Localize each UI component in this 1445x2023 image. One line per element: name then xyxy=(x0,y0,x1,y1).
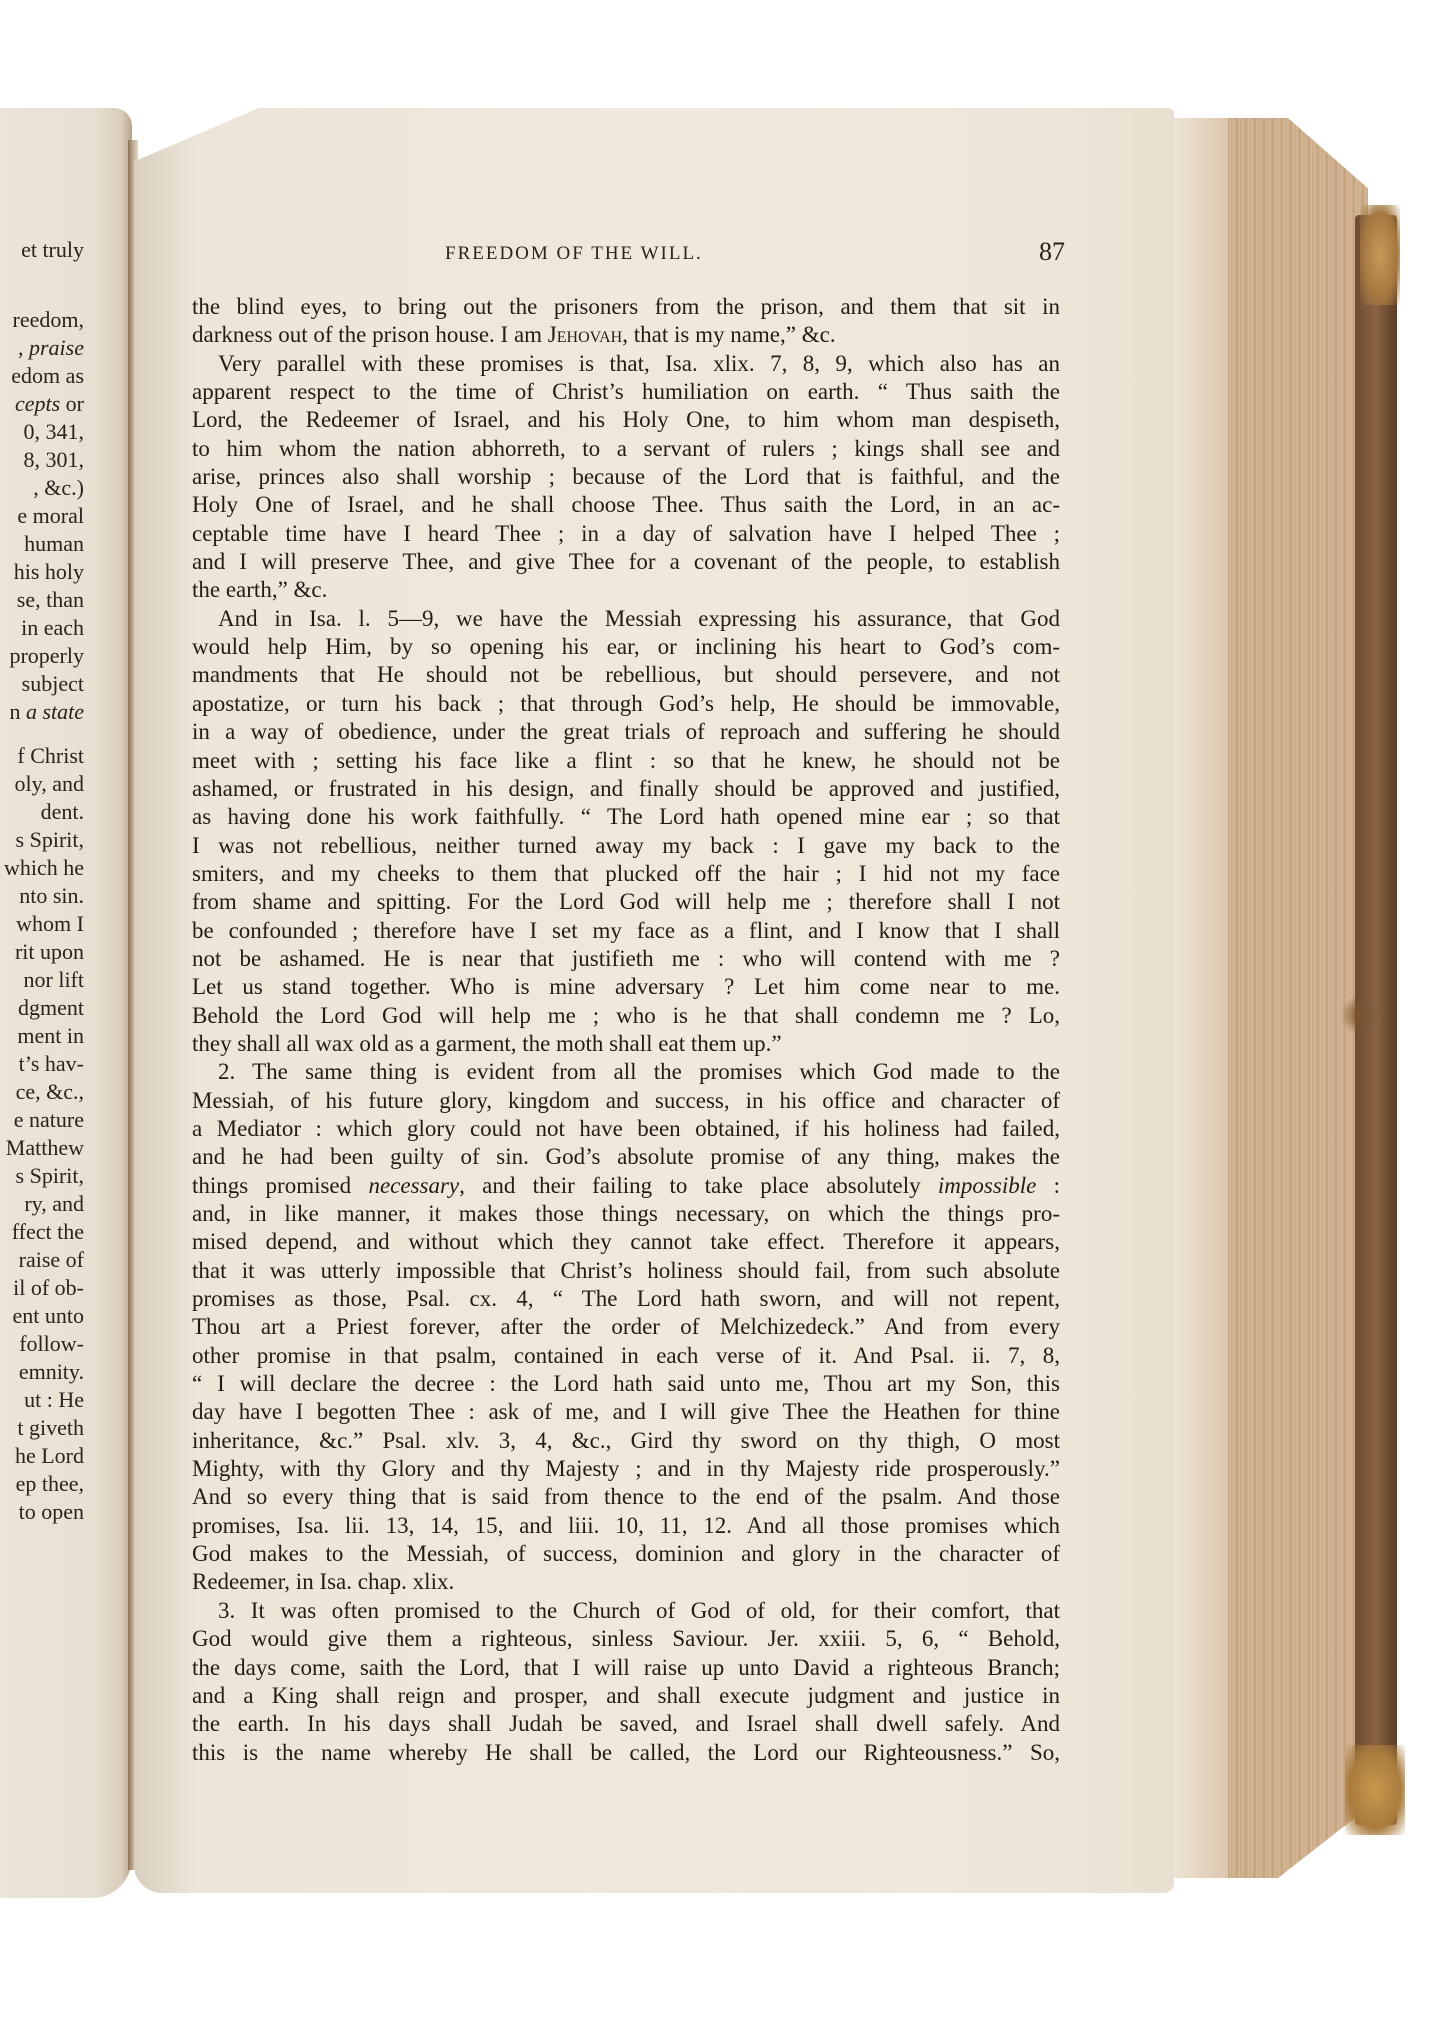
text-line: darkness out of the prison house. I am J… xyxy=(192,321,1060,349)
text-line: and he had been guilty of sin. God’s abs… xyxy=(192,1143,1060,1171)
text-line: Behold the Lord God will help me ; who i… xyxy=(192,1002,1060,1030)
text-line: Thou art a Priest forever, after the ord… xyxy=(192,1313,1060,1341)
text-line: the earth,” &c. xyxy=(192,576,1060,604)
cover-wear-bottom xyxy=(1345,1745,1405,1835)
left-page-fragment: 8, 301, xyxy=(24,446,85,475)
left-page-fragment: oly, and xyxy=(15,770,84,799)
left-page-fragment: dent. xyxy=(41,798,84,827)
running-head-title: FREEDOM OF THE WILL. xyxy=(445,243,703,265)
page-number: 87 xyxy=(1039,237,1065,267)
left-page-fragment: reedom, xyxy=(13,306,84,335)
left-page-fragment: ffect the xyxy=(12,1218,84,1247)
left-page-fragment: edom as xyxy=(11,362,84,391)
left-page-fragment: properly xyxy=(9,642,84,671)
text-line: and a King shall reign and prosper, and … xyxy=(192,1682,1060,1710)
left-page-fragment: subject xyxy=(22,670,84,699)
left-page-fragment: he Lord xyxy=(15,1442,84,1471)
text-line: mised depend, and without which they can… xyxy=(192,1228,1060,1256)
text-line: this is the name whereby He shall be cal… xyxy=(192,1739,1060,1767)
text-line: Holy One of Israel, and he shall choose … xyxy=(192,491,1060,519)
text-line: apparent respect to the time of Christ’s… xyxy=(192,378,1060,406)
text-line: day have I begotten Thee : ask of me, an… xyxy=(192,1398,1060,1426)
left-page-fragment: ment in xyxy=(17,1022,84,1051)
text-line: Messiah, of his future glory, kingdom an… xyxy=(192,1087,1060,1115)
text-line: Let us stand together. Who is mine adver… xyxy=(192,973,1060,1001)
left-page-fragment: nto sin. xyxy=(19,882,84,911)
text-line: “ I will declare the decree : the Lord h… xyxy=(192,1370,1060,1398)
left-page-fragment: emnity. xyxy=(19,1358,84,1387)
left-page-fragment: , &c.) xyxy=(33,474,84,503)
text-line: be confounded ; therefore have I set my … xyxy=(192,917,1060,945)
left-page-fragment: e nature xyxy=(14,1106,84,1135)
left-page-fragment: dgment xyxy=(18,994,84,1023)
text-line: I was not rebellious, neither turned awa… xyxy=(192,832,1060,860)
cover-wear-top xyxy=(1360,205,1400,305)
text-line: not be ashamed. He is near that justifie… xyxy=(192,945,1060,973)
left-page-fragment: ut : He xyxy=(24,1386,84,1415)
text-line: And in Isa. l. 5—9, we have the Messiah … xyxy=(192,605,1060,633)
left-page-fragment: in each xyxy=(21,614,84,643)
page-edge-shadow xyxy=(1168,118,1228,1878)
text-line: ceptable time have I heard Thee ; in a d… xyxy=(192,520,1060,548)
text-line: and I will preserve Thee, and give Thee … xyxy=(192,548,1060,576)
text-line: smiters, and my cheeks to them that pluc… xyxy=(192,860,1060,888)
left-page-fragment: ep thee, xyxy=(16,1470,84,1499)
page-body-text: the blind eyes, to bring out the prisone… xyxy=(192,293,1060,1767)
cover-wear-mid xyxy=(1340,995,1380,1035)
text-line: meet with ; setting his face like a flin… xyxy=(192,747,1060,775)
text-line: a Mediator : which glory could not have … xyxy=(192,1115,1060,1143)
left-page-fragment: 0, 341, xyxy=(24,418,85,447)
left-page: et trulyreedom,, praiseedom ascepts or0,… xyxy=(0,108,132,1898)
left-page-fragment: et truly xyxy=(21,236,84,265)
text-line: to him whom the nation abhorreth, to a s… xyxy=(192,435,1060,463)
text-line: the earth. In his days shall Judah be sa… xyxy=(192,1710,1060,1738)
left-page-fragment: t giveth xyxy=(17,1414,84,1443)
left-page-fragment: ce, &c., xyxy=(16,1078,84,1107)
left-page-fragment: Matthew xyxy=(6,1134,84,1163)
left-page-fragment: to open xyxy=(19,1498,84,1527)
left-page-fragment: t’s hav- xyxy=(19,1050,84,1079)
left-page-fragment: se, than xyxy=(17,586,84,615)
text-line: God makes to the Messiah, of success, do… xyxy=(192,1540,1060,1568)
text-line: the days come, saith the Lord, that I wi… xyxy=(192,1654,1060,1682)
text-line: ashamed, or frustrated in his design, an… xyxy=(192,775,1060,803)
text-line: Redeemer, in Isa. chap. xlix. xyxy=(192,1568,1060,1596)
text-line: Very parallel with these promises is tha… xyxy=(192,350,1060,378)
text-line: promises as those, Psal. cx. 4, “ The Lo… xyxy=(192,1285,1060,1313)
left-page-fragment: s Spirit, xyxy=(16,826,84,855)
left-page-fragment: rit upon xyxy=(15,938,84,967)
text-line: would help Him, by so opening his ear, o… xyxy=(192,633,1060,661)
left-page-fragment: , praise xyxy=(18,334,84,363)
left-page-fragment: cepts or xyxy=(15,390,84,419)
left-page-fragment: n a state xyxy=(9,698,84,727)
text-line: as having done his work faithfully. “ Th… xyxy=(192,803,1060,831)
left-page-fragment: s Spirit, xyxy=(16,1162,84,1191)
text-line: that it was utterly impossible that Chri… xyxy=(192,1257,1060,1285)
left-page-fragment: il of ob- xyxy=(13,1274,84,1303)
text-line: they shall all wax old as a garment, the… xyxy=(192,1030,1060,1058)
text-line: 3. It was often promised to the Church o… xyxy=(192,1597,1060,1625)
text-line: in a way of obedience, under the great t… xyxy=(192,718,1060,746)
left-page-fragment: nor lift xyxy=(24,966,85,995)
text-line: Mighty, with thy Glory and thy Majesty ;… xyxy=(192,1455,1060,1483)
left-page-fragment: his holy xyxy=(14,558,84,587)
text-line: things promised necessary, and their fai… xyxy=(192,1172,1060,1200)
text-line: the blind eyes, to bring out the prisone… xyxy=(192,293,1060,321)
text-line: inheritance, &c.” Psal. xlv. 3, 4, &c., … xyxy=(192,1427,1060,1455)
text-line: other promise in that psalm, contained i… xyxy=(192,1342,1060,1370)
left-page-fragment: human xyxy=(24,530,84,559)
text-line: promises, Isa. lii. 13, 14, 15, and liii… xyxy=(192,1512,1060,1540)
text-line: God would give them a righteous, sinless… xyxy=(192,1625,1060,1653)
text-line: apostatize, or turn his back ; that thro… xyxy=(192,690,1060,718)
left-page-fragment: follow- xyxy=(19,1330,84,1359)
left-page-fragment: raise of xyxy=(19,1246,84,1275)
left-page-fragment: which he xyxy=(4,854,84,883)
text-line: from shame and spitting. For the Lord Go… xyxy=(192,888,1060,916)
left-page-fragment: f Christ xyxy=(17,742,84,771)
left-page-fragment: ry, and xyxy=(24,1190,84,1219)
left-page-fragment: ent unto xyxy=(13,1302,85,1331)
text-line: 2. The same thing is evident from all th… xyxy=(192,1058,1060,1086)
text-line: and, in like manner, it makes those thin… xyxy=(192,1200,1060,1228)
text-line: mandments that He should not be rebellio… xyxy=(192,661,1060,689)
text-line: And so every thing that is said from the… xyxy=(192,1483,1060,1511)
left-page-fragment: whom I xyxy=(16,910,84,939)
text-line: Lord, the Redeemer of Israel, and his Ho… xyxy=(192,406,1060,434)
left-page-fragment: e moral xyxy=(17,502,84,531)
text-line: arise, princes also shall worship ; beca… xyxy=(192,463,1060,491)
